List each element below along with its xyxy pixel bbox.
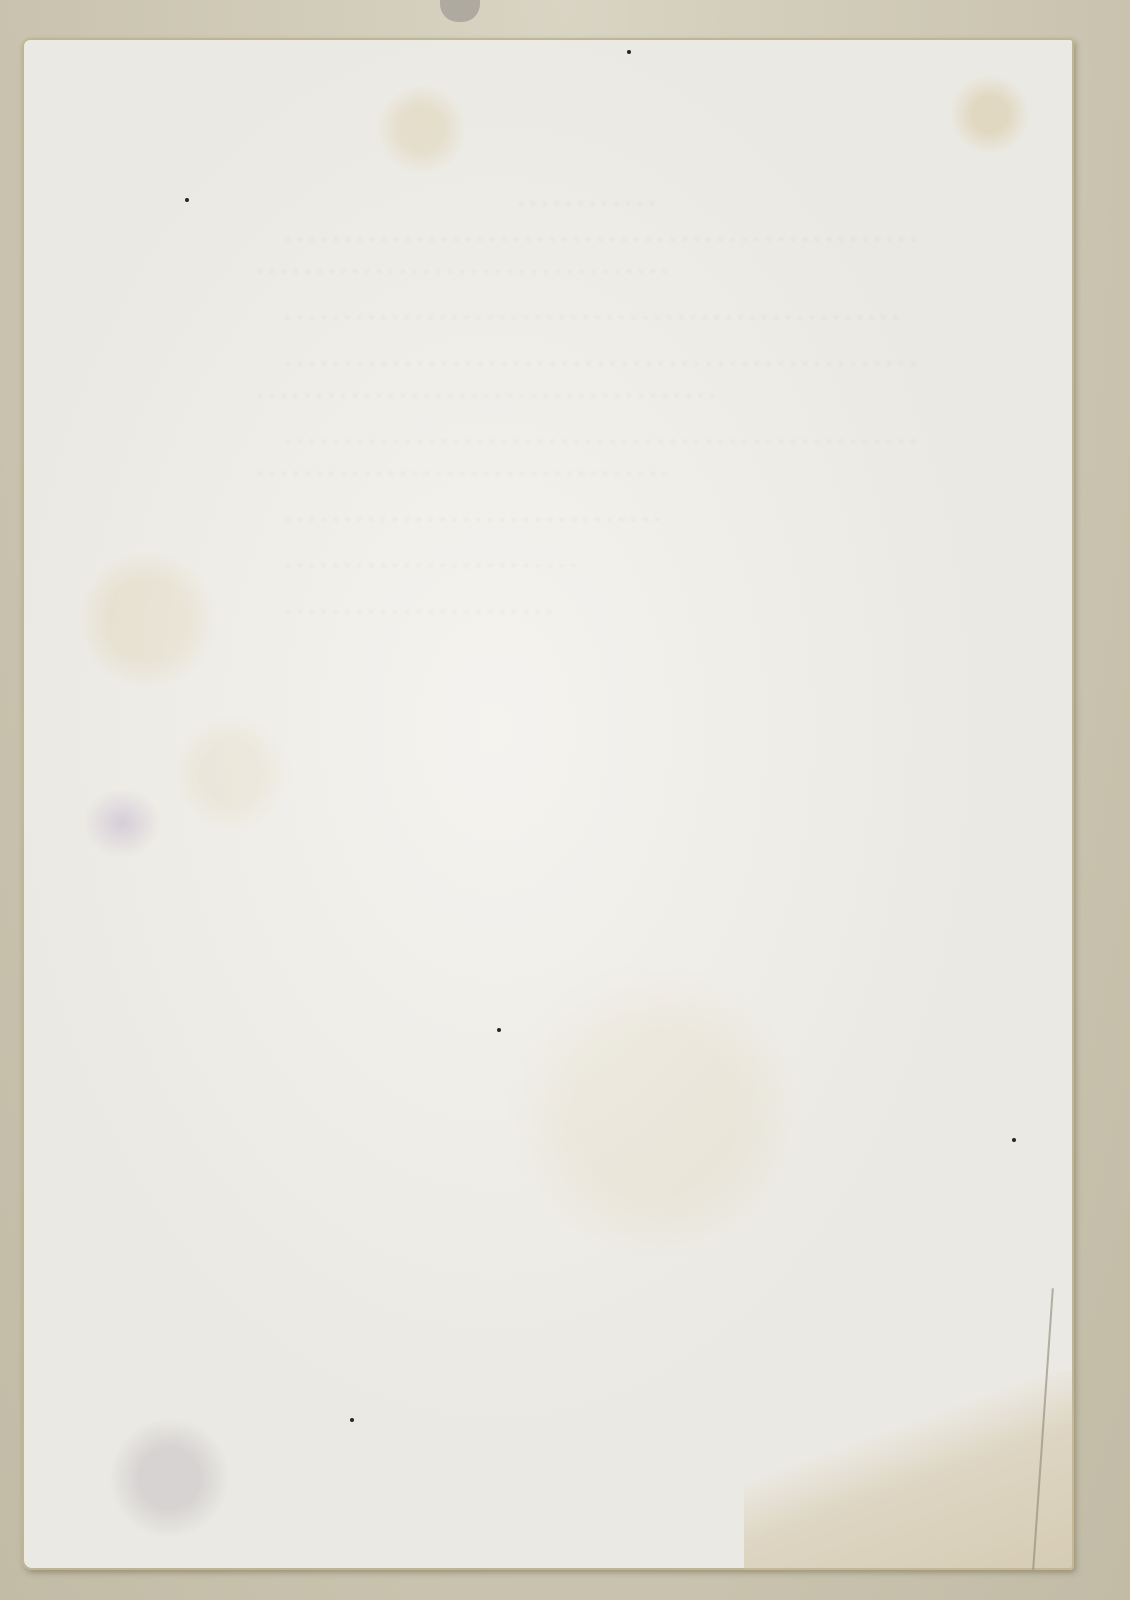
bleed-paragraph: · · · · · · · · · · · · · · · · · · · · … — [257, 426, 917, 490]
bleed-heading: · · · · · · · · · · · · — [257, 188, 917, 220]
speck — [185, 198, 189, 202]
bleed-paragraph: · · · · · · · · · · · · · · · · · · · · … — [257, 596, 917, 628]
bleed-paragraph: · · · · · · · · · · · · · · · · · · · · … — [257, 224, 917, 288]
bleed-paragraph: · · · · · · · · · · · · · · · · · · · · … — [257, 302, 917, 334]
bleed-paragraph: · · · · · · · · · · · · · · · · · · · · … — [257, 504, 917, 536]
bleed-through-text: · · · · · · · · · · · · · · · · · · · · … — [257, 188, 917, 642]
bleed-paragraph: · · · · · · · · · · · · · · · · · · · · … — [257, 550, 917, 582]
speck — [350, 1418, 354, 1422]
bleed-paragraph: · · · · · · · · · · · · · · · · · · · · … — [257, 348, 917, 412]
speck — [1012, 1138, 1016, 1142]
paper-page: · · · · · · · · · · · · · · · · · · · · … — [22, 38, 1074, 1570]
speck — [497, 1028, 501, 1032]
water-stain — [744, 1370, 1074, 1570]
speck — [627, 50, 631, 54]
ink-smudge — [82, 788, 162, 858]
